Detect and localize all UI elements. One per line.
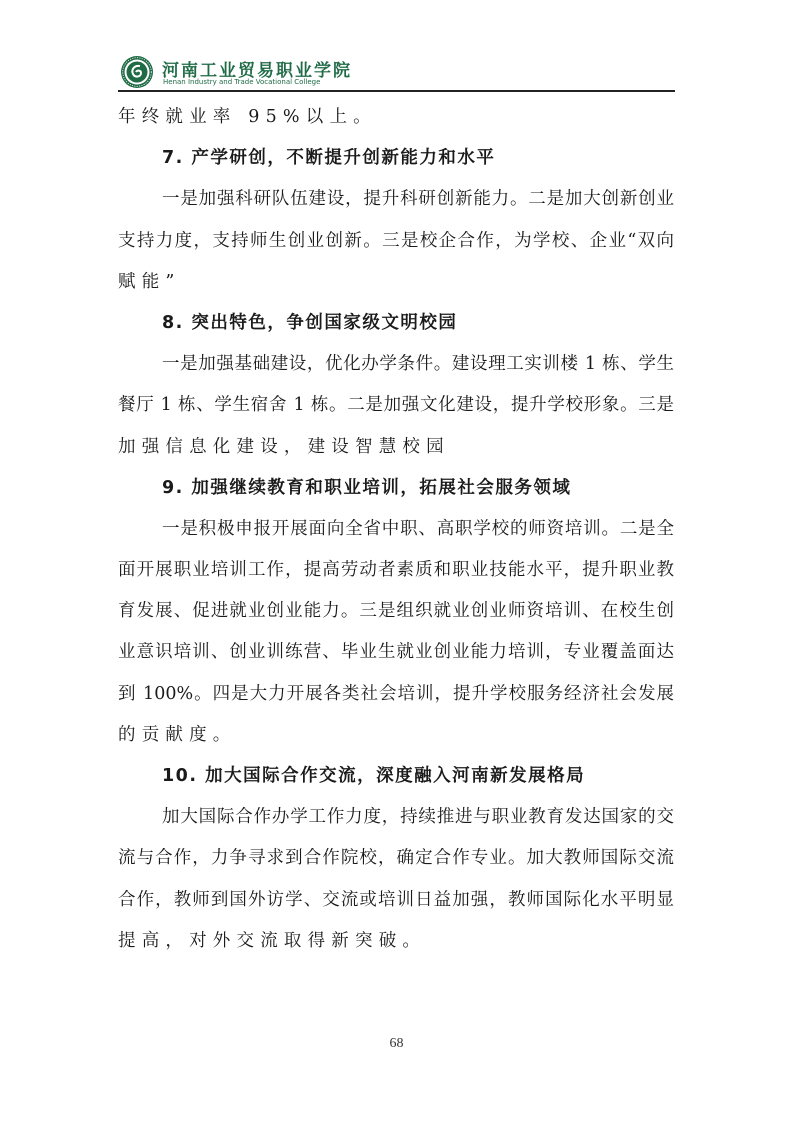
section-heading-7: 7. 产学研创，不断提升创新能力和水平 [118, 138, 674, 179]
paragraph-line: 合作，教师到国外访学、交流或培训日益加强，教师国际化水平明显 [118, 880, 674, 921]
section-heading-8: 8. 突出特色，争创国家级文明校园 [118, 303, 674, 344]
paragraph-line: 到 100%。四是大力开展各类社会培训，提升学校服务经济社会发展 [118, 674, 674, 715]
paragraph-line: 加大国际合作办学工作力度，持续推进与职业教育发达国家的交 [118, 797, 674, 838]
paragraph-line: 一是加强科研队伍建设，提升科研创新能力。二是加大创新创业 [118, 179, 674, 220]
paragraph-line: 业意识培训、创业训练营、毕业生就业创业能力培训，专业覆盖面达 [118, 632, 674, 673]
paragraph-line: 一是积极申报开展面向全省中职、高职学校的师资培训。二是全 [118, 509, 674, 550]
page-header: 河南工业贸易职业学院 Henan Industry and Trade Voca… [118, 52, 675, 92]
paragraph-continuation: 年终就业率 95%以上。 [118, 97, 674, 138]
document-body: 年终就业率 95%以上。 7. 产学研创，不断提升创新能力和水平 一是加强科研队… [118, 97, 674, 962]
college-name-en: Henan Industry and Trade Vocational Coll… [163, 78, 320, 86]
paragraph-line: 流与合作，力争寻求到合作院校，确定合作专业。加大教师国际交流 [118, 838, 674, 879]
paragraph-line: 提高，对外交流取得新突破。 [118, 921, 674, 962]
paragraph-line: 餐厅 1 栋、学生宿舍 1 栋。二是加强文化建设，提升学校形象。三是 [118, 385, 674, 426]
paragraph-line: 支持力度，支持师生创业创新。三是校企合作，为学校、企业“双向 [118, 221, 674, 262]
page-number: 68 [0, 1036, 793, 1052]
paragraph-line: 一是加强基础建设，优化办学条件。建设理工实训楼 1 栋、学生 [118, 344, 674, 385]
paragraph-line: 加强信息化建设，建设智慧校园 [118, 427, 674, 468]
paragraph-line: 赋能” [118, 262, 674, 303]
paragraph-line: 面开展职业培训工作，提高劳动者素质和职业技能水平，提升职业教 [118, 550, 674, 591]
section-heading-10: 10. 加大国际合作交流，深度融入河南新发展格局 [118, 756, 674, 797]
college-emblem-icon [120, 55, 154, 89]
section-heading-9: 9. 加强继续教育和职业培训，拓展社会服务领域 [118, 468, 674, 509]
paragraph-line: 的贡献度。 [118, 715, 674, 756]
paragraph-line: 育发展、促进就业创业能力。三是组织就业创业师资培训、在校生创 [118, 591, 674, 632]
header-divider [118, 90, 675, 92]
